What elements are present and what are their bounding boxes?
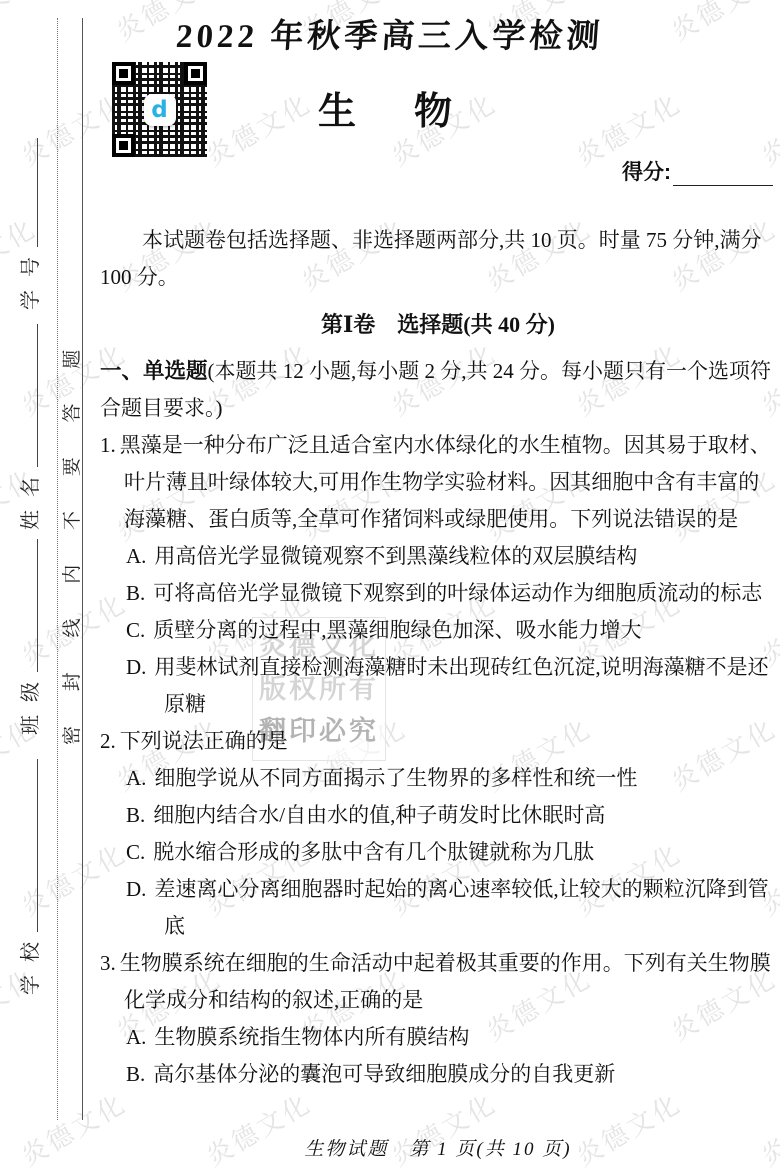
- question-3-option-b: B.高尔基体分泌的囊泡可导致细胞膜成分的自我更新: [100, 1056, 776, 1093]
- page-footer: 生物试题 第 1 页(共 10 页): [100, 1134, 776, 1161]
- option-label: A.: [126, 544, 146, 568]
- question-1: 1.黑藻是一种分布广泛且适合室内水体绿化的水生植物。因其易于取材、叶片薄且叶绿体…: [100, 427, 776, 723]
- option-label: D.: [126, 655, 146, 679]
- student-name-label: 姓 名: [18, 473, 44, 530]
- question-3-stem: 3.生物膜系统在细胞的生命活动中起着极其重要的作用。下列有关生物膜化学成分和结构…: [100, 945, 776, 1019]
- section-1-title: 第Ⅰ卷 选择题(共 40 分): [100, 306, 776, 343]
- question-2-option-b: B.细胞内结合水/自由水的值,种子萌发时比休眠时高: [100, 797, 776, 834]
- seal-dashed-line: [57, 18, 58, 1120]
- school-field: 学 校: [16, 759, 44, 995]
- class-label: 班 级: [18, 678, 44, 735]
- exam-page: 炎德文化炎德文化炎德文化炎德文化炎德文化炎德文化炎德文化炎德文化炎德文化炎德文化…: [0, 0, 780, 1175]
- student-number-blank: [37, 138, 38, 247]
- exam-instructions: 本试题卷包括选择题、非选择题两部分,共 10 页。时量 75 分钟,满分 100…: [100, 222, 776, 296]
- question-1-option-d: D.用斐林试剂直接检测海藻糖时未出现砖红色沉淀,说明海藻糖不是还原糖: [100, 649, 776, 723]
- question-1-option-b: B.可将高倍光学显微镜下观察到的叶绿体运动作为细胞质流动的标志: [100, 575, 776, 612]
- question-text: 黑藻是一种分布广泛且适合室内水体绿化的水生植物。因其易于取材、叶片薄且叶绿体较大…: [120, 433, 771, 531]
- qr-finder-icon: [112, 134, 135, 157]
- school-blank: [37, 759, 38, 932]
- option-text: 用斐林试剂直接检测海藻糖时未出现砖红色沉淀,说明海藻糖不是还原糖: [154, 655, 768, 716]
- option-label: C.: [126, 840, 145, 864]
- student-name-blank: [37, 324, 38, 467]
- question-1-option-a: A.用高倍光学显微镜观察不到黑藻线粒体的双层膜结构: [100, 538, 776, 575]
- option-text: 用高倍光学显微镜观察不到黑藻线粒体的双层膜结构: [154, 544, 637, 568]
- option-text: 差速离心分离细胞器时起始的离心速率较低,让较大的颗粒沉降到管底: [154, 877, 768, 938]
- question-1-stem: 1.黑藻是一种分布广泛且适合室内水体绿化的水生植物。因其易于取材、叶片薄且叶绿体…: [100, 427, 776, 538]
- option-label: A.: [126, 766, 146, 790]
- option-text: 高尔基体分泌的囊泡可导致细胞膜成分的自我更新: [153, 1062, 615, 1086]
- question-2-option-d: D.差速离心分离细胞器时起始的离心速率较低,让较大的颗粒沉降到管底: [100, 871, 776, 945]
- class-field: 班 级: [16, 539, 44, 735]
- score-label: 得分:: [622, 156, 671, 186]
- option-text: 细胞学说从不同方面揭示了生物界的多样性和统一性: [154, 766, 637, 790]
- question-2-stem: 2.下列说法正确的是: [100, 723, 776, 760]
- question-2: 2.下列说法正确的是 A.细胞学说从不同方面揭示了生物界的多样性和统一性 B.细…: [100, 723, 776, 945]
- class-blank: [37, 539, 38, 672]
- question-2-option-a: A.细胞学说从不同方面揭示了生物界的多样性和统一性: [100, 760, 776, 797]
- option-text: 细胞内结合水/自由水的值,种子萌发时比休眠时高: [153, 803, 605, 827]
- question-1-option-c: C.质壁分离的过程中,黑藻细胞绿色加深、吸水能力增大: [100, 612, 776, 649]
- school-label: 学 校: [18, 938, 44, 995]
- question-text: 下列说法正确的是: [120, 729, 288, 753]
- question-2-option-c: C.脱水缩合形成的多肽中含有几个肽键就称为几肽: [100, 834, 776, 871]
- question-3-option-a: A.生物膜系统指生物体内所有膜结构: [100, 1019, 776, 1056]
- option-text: 脱水缩合形成的多肽中含有几个肽键就称为几肽: [153, 840, 594, 864]
- subject-title: 生 物: [0, 80, 780, 135]
- question-3: 3.生物膜系统在细胞的生命活动中起着极其重要的作用。下列有关生物膜化学成分和结构…: [100, 945, 776, 1093]
- question-text: 生物膜系统在细胞的生命活动中起着极其重要的作用。下列有关生物膜化学成分和结构的叙…: [120, 951, 771, 1012]
- student-number-label: 学 号: [18, 253, 44, 310]
- option-label: D.: [126, 877, 146, 901]
- part1-type-label: 一、单选题: [100, 359, 208, 383]
- student-number-field: 学 号: [16, 138, 44, 310]
- option-text: 质壁分离的过程中,黑藻细胞绿色加深、吸水能力增大: [153, 618, 641, 642]
- score-blank: [673, 159, 773, 186]
- part1-heading: 一、单选题(本题共 12 小题,每小题 2 分,共 24 分。每小题只有一个选项…: [100, 353, 776, 427]
- question-number: 3.: [100, 951, 116, 975]
- score-field: 得分:: [622, 156, 773, 186]
- option-label: B.: [126, 1062, 145, 1086]
- question-number: 2.: [100, 729, 116, 753]
- option-label: B.: [126, 803, 145, 827]
- option-label: A.: [126, 1025, 146, 1049]
- exam-content: 本试题卷包括选择题、非选择题两部分,共 10 页。时量 75 分钟,满分 100…: [100, 222, 776, 1093]
- student-name-field: 姓 名: [16, 324, 44, 530]
- option-text: 生物膜系统指生物体内所有膜结构: [154, 1025, 469, 1049]
- seal-instruction: 密 封 线 内 不 要 答 题: [60, 337, 86, 745]
- option-label: C.: [126, 618, 145, 642]
- option-label: B.: [126, 581, 145, 605]
- question-number: 1.: [100, 433, 116, 457]
- option-text: 可将高倍光学显微镜下观察到的叶绿体运动作为细胞质流动的标志: [153, 581, 762, 605]
- exam-title: 2022 年秋季高三入学检测: [0, 10, 780, 57]
